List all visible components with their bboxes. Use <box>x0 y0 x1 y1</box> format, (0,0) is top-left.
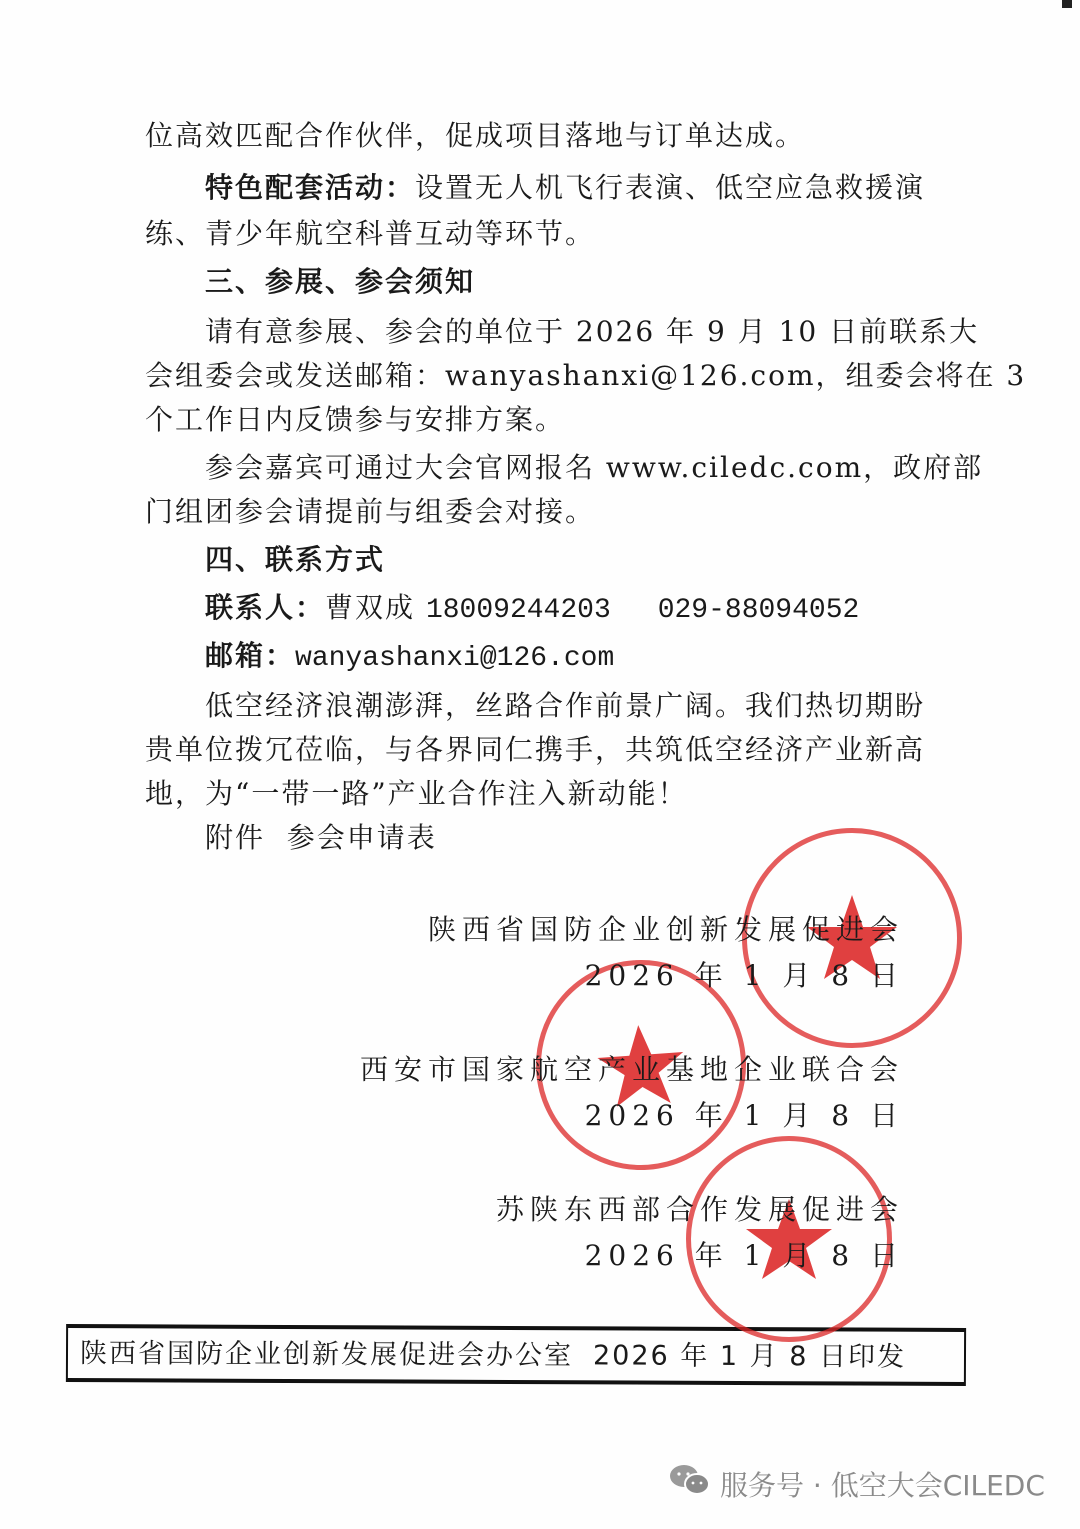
feature-activities-label: 特色配套活动： <box>205 171 415 204</box>
section3-heading: 三、参展、参会须知 <box>205 262 475 302</box>
contact-label: 联系人： <box>205 591 325 624</box>
email-line: 邮箱：wanyashanxi@126.com <box>205 636 614 679</box>
closing-line3: 地，为“一带一路”产业合作注入新动能！ <box>145 774 688 814</box>
feature-activities-text: 设置无人机飞行表演、低空应急救援演 <box>415 171 925 204</box>
signature-org-2: 西安市国家航空产业基地企业联合会 <box>360 1050 904 1090</box>
section4-heading: 四、联系方式 <box>205 540 385 580</box>
section3-para1-line1: 请有意参展、参会的单位于 2026 年 9 月 10 日前联系大 <box>205 312 979 352</box>
closing-line2: 贵单位拨冗莅临，与各界同仁携手，共筑低空经济产业新高 <box>145 730 925 770</box>
watermark-text: 服务号 · 低空大会CILEDC <box>720 1464 1045 1504</box>
paragraph-continuation: 位高效匹配合作伙伴，促成项目落地与订单达成。 <box>145 116 805 156</box>
signature-org-1: 陕西省国防企业创新发展促进会 <box>428 910 904 950</box>
section3-para2-line1: 参会嘉宾可通过大会官网报名 www.ciledc.com，政府部 <box>205 448 983 488</box>
signature-date-1: 2026 年 1 月 8 日 <box>585 956 904 996</box>
contact-phone: 029-88094052 <box>658 595 860 626</box>
closing-line1: 低空经济浪潮澎湃，丝路合作前景广阔。我们热切期盼 <box>205 686 925 726</box>
feature-activities-line1: 特色配套活动：设置无人机飞行表演、低空应急救援演 <box>205 168 925 208</box>
contact-line: 联系人：曹双成 18009244203 029-88094052 <box>205 588 859 631</box>
signature-date-2: 2026 年 1 月 8 日 <box>585 1096 904 1136</box>
email-value: wanyashanxi@126.com <box>295 643 614 674</box>
document-page: 位高效匹配合作伙伴，促成项目落地与订单达成。 特色配套活动：设置无人机飞行表演、… <box>0 0 1080 1529</box>
attachment-line: 附件 参会申请表 <box>205 818 437 858</box>
scan-corner-mark <box>1062 0 1072 8</box>
section3-para1-line2: 会组委会或发送邮箱：wanyashanxi@126.com，组委会将在 3 <box>145 356 1026 396</box>
wechat-icon <box>668 1462 712 1505</box>
wechat-watermark: 服务号 · 低空大会CILEDC <box>668 1462 1045 1505</box>
footer-issuer: 陕西省国防企业创新发展促进会办公室 <box>80 1334 573 1376</box>
signature-date-3: 2026 年 1 月 8 日 <box>585 1236 904 1276</box>
email-label: 邮箱： <box>205 639 295 672</box>
signature-org-3: 苏陕东西部合作发展促进会 <box>496 1190 904 1230</box>
contact-name: 曹双成 <box>325 591 415 624</box>
contact-mobile: 18009244203 <box>426 595 611 626</box>
section3-para1-line3: 个工作日内反馈参与安排方案。 <box>145 400 565 440</box>
footer-issue-date: 2026 年 1 月 8 日印发 <box>593 1336 906 1377</box>
feature-activities-line2: 练、青少年航空科普互动等环节。 <box>145 214 595 254</box>
section3-para2-line2: 门组团参会请提前与组委会对接。 <box>145 492 595 532</box>
